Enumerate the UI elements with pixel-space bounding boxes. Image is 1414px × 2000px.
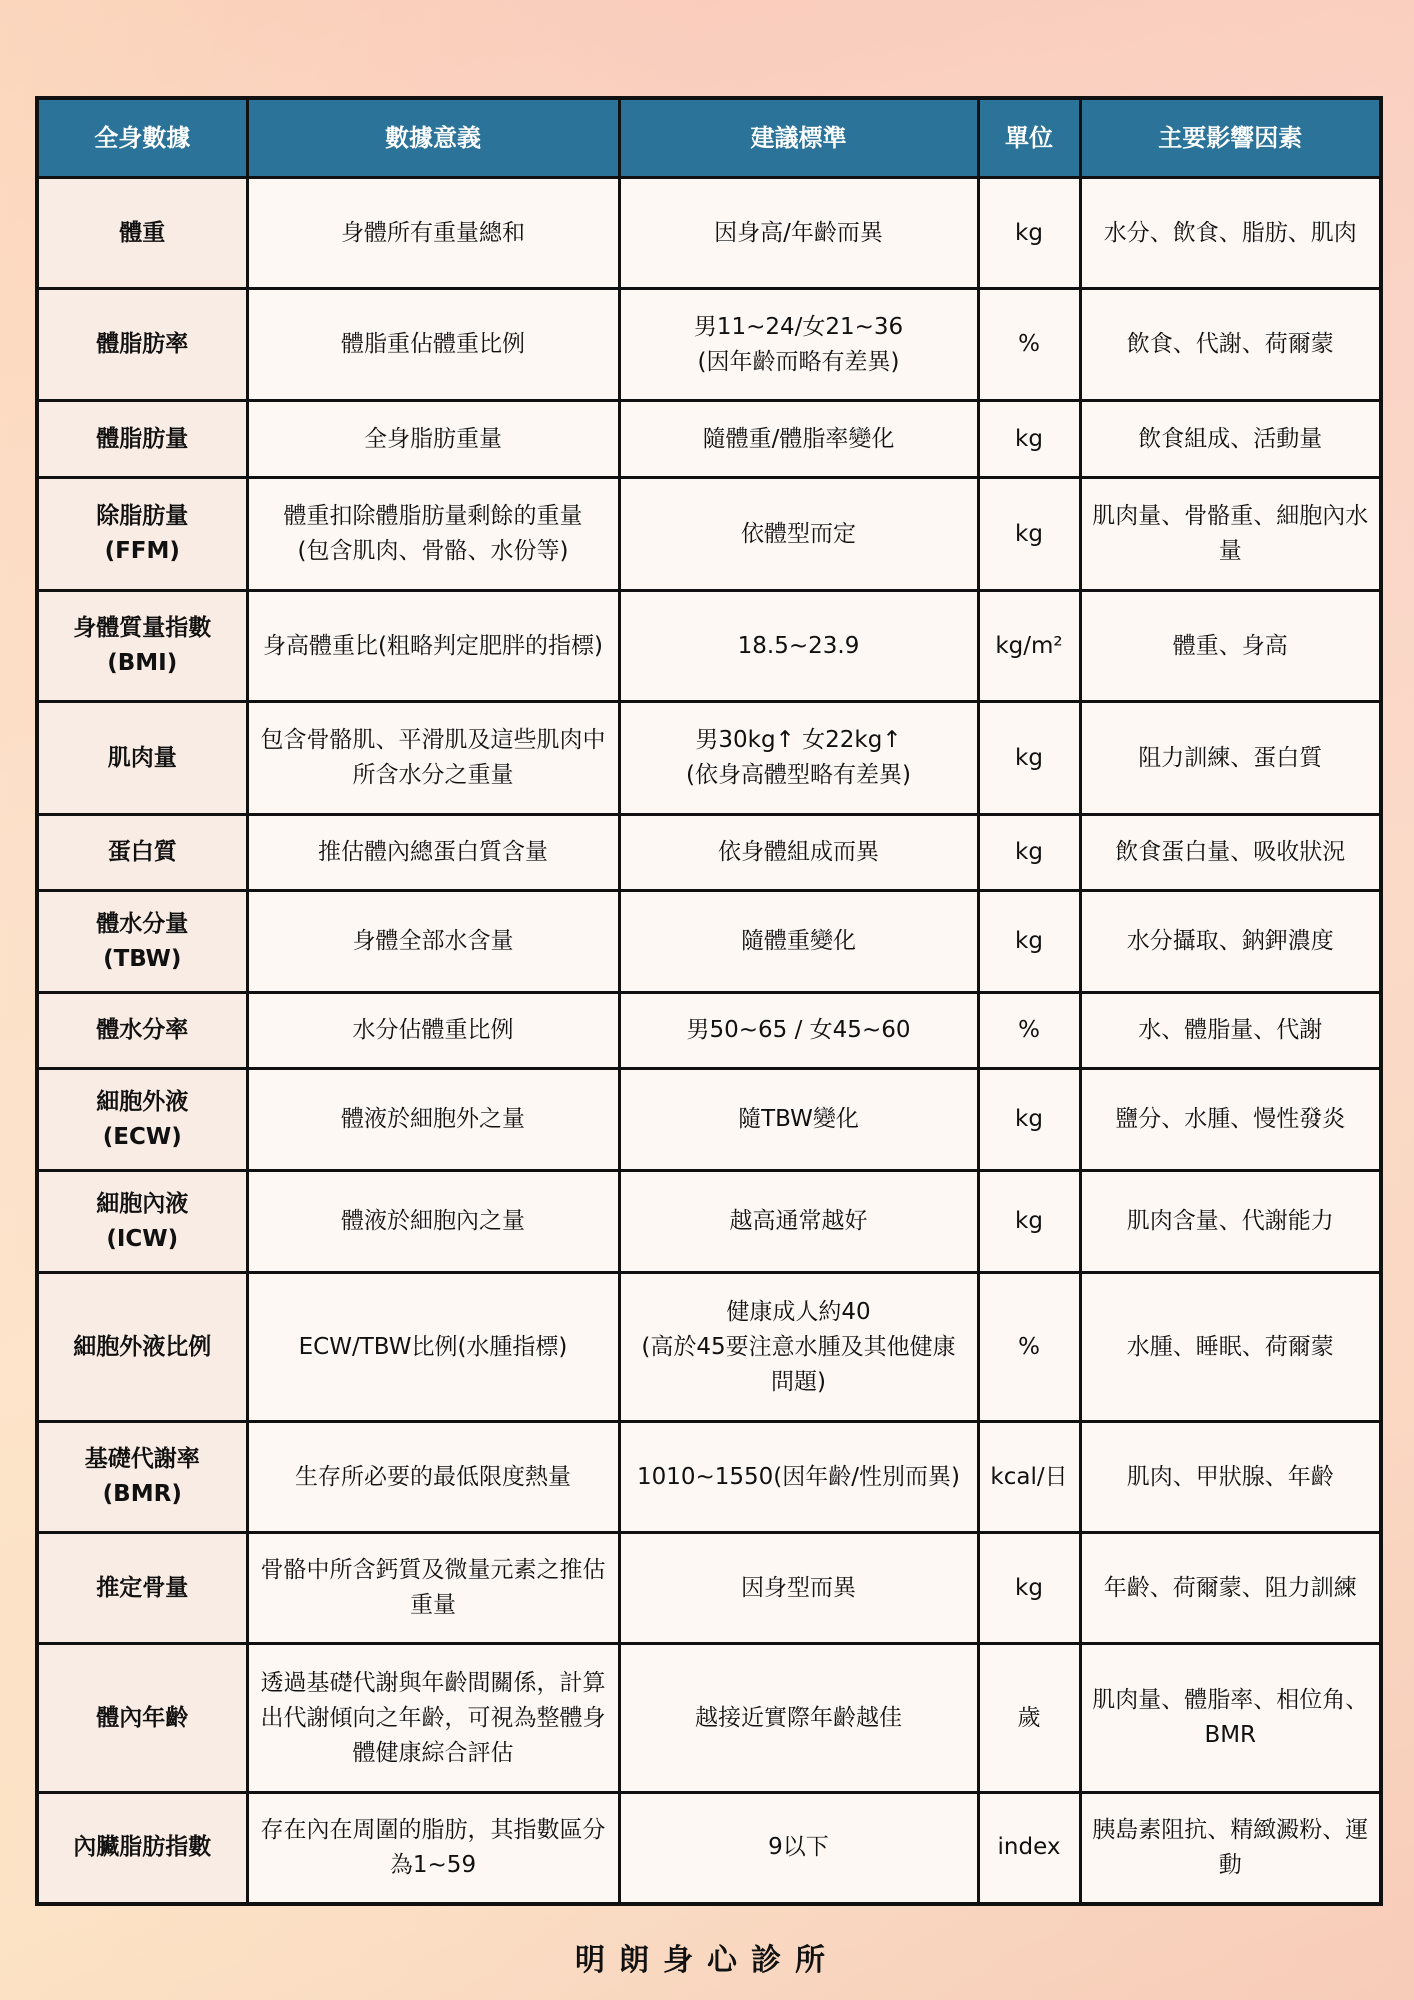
row-standard: 隨體重變化 xyxy=(619,891,978,993)
row-unit: 歲 xyxy=(978,1644,1080,1793)
row-factors: 體重、身高 xyxy=(1080,591,1381,702)
body-composition-table-container: 全身數據 數據意義 建議標準 單位 主要影響因素 體重身體所有重量總和因身高/年… xyxy=(35,96,1379,1906)
row-metric-name: 細胞外液(ECW) xyxy=(37,1069,247,1171)
table-row: 推定骨量骨骼中所含鈣質及微量元素之推估重量因身型而異kg年齡、荷爾蒙、阻力訓練 xyxy=(37,1533,1381,1644)
row-standard: 越高通常越好 xyxy=(619,1171,978,1273)
row-factors: 阻力訓練、蛋白質 xyxy=(1080,702,1381,815)
row-factors: 鹽分、水腫、慢性發炎 xyxy=(1080,1069,1381,1171)
table-row: 細胞外液比例ECW/TBW比例(水腫指標)健康成人約40(高於45要注意水腫及其… xyxy=(37,1273,1381,1422)
row-meaning: 體液於細胞內之量 xyxy=(247,1171,619,1273)
row-unit: % xyxy=(978,993,1080,1069)
row-factors: 飲食蛋白量、吸收狀況 xyxy=(1080,815,1381,891)
row-factors: 肌肉量、體脂率、相位角、BMR xyxy=(1080,1644,1381,1793)
row-metric-name: 體內年齡 xyxy=(37,1644,247,1793)
table-row: 體脂肪率體脂重佔體重比例男11~24/女21~36(因年齡而略有差異)%飲食、代… xyxy=(37,289,1381,401)
row-metric-name: 體脂肪量 xyxy=(37,401,247,478)
row-meaning: 體液於細胞外之量 xyxy=(247,1069,619,1171)
row-meaning: 體重扣除體脂肪量剩餘的重量(包含肌肉、骨骼、水份等) xyxy=(247,478,619,591)
row-standard: 依身體組成而異 xyxy=(619,815,978,891)
row-unit: kg xyxy=(978,891,1080,993)
row-unit: kg xyxy=(978,478,1080,591)
table-row: 除脂肪量(FFM)體重扣除體脂肪量剩餘的重量(包含肌肉、骨骼、水份等)依體型而定… xyxy=(37,478,1381,591)
row-meaning: 身高體重比(粗略判定肥胖的指標) xyxy=(247,591,619,702)
row-meaning: 水分佔體重比例 xyxy=(247,993,619,1069)
table-header-row: 全身數據 數據意義 建議標準 單位 主要影響因素 xyxy=(37,98,1381,178)
row-factors: 水分、飲食、脂肪、肌肉 xyxy=(1080,178,1381,289)
row-unit: % xyxy=(978,289,1080,401)
row-meaning: 身體所有重量總和 xyxy=(247,178,619,289)
table-row: 體內年齡透過基礎代謝與年齡間關係，計算出代謝傾向之年齡，可視為整體身體健康綜合評… xyxy=(37,1644,1381,1793)
row-unit: % xyxy=(978,1273,1080,1422)
row-factors: 肌肉含量、代謝能力 xyxy=(1080,1171,1381,1273)
row-metric-name: 內臟脂肪指數 xyxy=(37,1793,247,1904)
table-row: 體脂肪量全身脂肪重量隨體重/體脂率變化kg飲食組成、活動量 xyxy=(37,401,1381,478)
row-standard: 9以下 xyxy=(619,1793,978,1904)
row-standard: 健康成人約40(高於45要注意水腫及其他健康問題) xyxy=(619,1273,978,1422)
row-metric-name: 體脂肪率 xyxy=(37,289,247,401)
row-unit: kg xyxy=(978,401,1080,478)
row-unit: kg xyxy=(978,1069,1080,1171)
row-metric-name: 細胞外液比例 xyxy=(37,1273,247,1422)
row-metric-name: 肌肉量 xyxy=(37,702,247,815)
table-row: 體重身體所有重量總和因身高/年齡而異kg水分、飲食、脂肪、肌肉 xyxy=(37,178,1381,289)
row-metric-name: 蛋白質 xyxy=(37,815,247,891)
row-unit: kg xyxy=(978,1533,1080,1644)
table-row: 細胞內液(ICW)體液於細胞內之量越高通常越好kg肌肉含量、代謝能力 xyxy=(37,1171,1381,1273)
row-factors: 飲食、代謝、荷爾蒙 xyxy=(1080,289,1381,401)
row-factors: 肌肉、甲狀腺、年齡 xyxy=(1080,1422,1381,1533)
header-meaning: 數據意義 xyxy=(247,98,619,178)
row-metric-name: 身體質量指數(BMI) xyxy=(37,591,247,702)
header-unit: 單位 xyxy=(978,98,1080,178)
row-meaning: 包含骨骼肌、平滑肌及這些肌肉中所含水分之重量 xyxy=(247,702,619,815)
row-standard: 依體型而定 xyxy=(619,478,978,591)
row-standard: 隨TBW變化 xyxy=(619,1069,978,1171)
body-composition-table: 全身數據 數據意義 建議標準 單位 主要影響因素 體重身體所有重量總和因身高/年… xyxy=(35,96,1383,1906)
row-metric-name: 體水分量(TBW) xyxy=(37,891,247,993)
row-standard: 越接近實際年齡越佳 xyxy=(619,1644,978,1793)
row-standard: 隨體重/體脂率變化 xyxy=(619,401,978,478)
table-row: 內臟脂肪指數存在內在周圍的脂肪，其指數區分為1~599以下index胰島素阻抗、… xyxy=(37,1793,1381,1904)
row-meaning: 推估體內總蛋白質含量 xyxy=(247,815,619,891)
row-metric-name: 細胞內液(ICW) xyxy=(37,1171,247,1273)
row-meaning: 體脂重佔體重比例 xyxy=(247,289,619,401)
row-factors: 肌肉量、骨骼重、細胞內水量 xyxy=(1080,478,1381,591)
row-unit: kg xyxy=(978,702,1080,815)
row-meaning: 生存所必要的最低限度熱量 xyxy=(247,1422,619,1533)
row-meaning: 透過基礎代謝與年齡間關係，計算出代謝傾向之年齡，可視為整體身體健康綜合評估 xyxy=(247,1644,619,1793)
row-unit: kg xyxy=(978,1171,1080,1273)
header-standard: 建議標準 xyxy=(619,98,978,178)
row-meaning: ECW/TBW比例(水腫指標) xyxy=(247,1273,619,1422)
row-metric-name: 除脂肪量(FFM) xyxy=(37,478,247,591)
row-standard: 1010~1550(因年齡/性別而異) xyxy=(619,1422,978,1533)
row-unit: kg/m² xyxy=(978,591,1080,702)
row-meaning: 身體全部水含量 xyxy=(247,891,619,993)
row-unit: kg xyxy=(978,178,1080,289)
row-metric-name: 基礎代謝率(BMR) xyxy=(37,1422,247,1533)
header-metric: 全身數據 xyxy=(37,98,247,178)
table-row: 肌肉量包含骨骼肌、平滑肌及這些肌肉中所含水分之重量男30kg↑ 女22kg↑(依… xyxy=(37,702,1381,815)
row-metric-name: 推定骨量 xyxy=(37,1533,247,1644)
row-meaning: 存在內在周圍的脂肪，其指數區分為1~59 xyxy=(247,1793,619,1904)
row-factors: 水分攝取、鈉鉀濃度 xyxy=(1080,891,1381,993)
row-unit: index xyxy=(978,1793,1080,1904)
table-row: 蛋白質推估體內總蛋白質含量依身體組成而異kg飲食蛋白量、吸收狀況 xyxy=(37,815,1381,891)
row-factors: 水腫、睡眠、荷爾蒙 xyxy=(1080,1273,1381,1422)
row-metric-name: 體水分率 xyxy=(37,993,247,1069)
row-metric-name: 體重 xyxy=(37,178,247,289)
table-row: 身體質量指數(BMI)身高體重比(粗略判定肥胖的指標)18.5~23.9kg/m… xyxy=(37,591,1381,702)
clinic-name-footer: 明朗身心診所 xyxy=(0,1935,1414,1979)
table-row: 體水分率水分佔體重比例男50~65 / 女45~60%水、體脂量、代謝 xyxy=(37,993,1381,1069)
row-unit: kcal/日 xyxy=(978,1422,1080,1533)
row-standard: 男11~24/女21~36(因年齡而略有差異) xyxy=(619,289,978,401)
row-factors: 胰島素阻抗、精緻澱粉、運動 xyxy=(1080,1793,1381,1904)
row-factors: 飲食組成、活動量 xyxy=(1080,401,1381,478)
header-factors: 主要影響因素 xyxy=(1080,98,1381,178)
row-factors: 年齡、荷爾蒙、阻力訓練 xyxy=(1080,1533,1381,1644)
row-unit: kg xyxy=(978,815,1080,891)
table-row: 細胞外液(ECW)體液於細胞外之量隨TBW變化kg鹽分、水腫、慢性發炎 xyxy=(37,1069,1381,1171)
row-standard: 因身高/年齡而異 xyxy=(619,178,978,289)
row-standard: 因身型而異 xyxy=(619,1533,978,1644)
row-standard: 男50~65 / 女45~60 xyxy=(619,993,978,1069)
row-standard: 男30kg↑ 女22kg↑(依身高體型略有差異) xyxy=(619,702,978,815)
row-factors: 水、體脂量、代謝 xyxy=(1080,993,1381,1069)
table-row: 體水分量(TBW)身體全部水含量隨體重變化kg水分攝取、鈉鉀濃度 xyxy=(37,891,1381,993)
row-meaning: 全身脂肪重量 xyxy=(247,401,619,478)
table-row: 基礎代謝率(BMR)生存所必要的最低限度熱量1010~1550(因年齡/性別而異… xyxy=(37,1422,1381,1533)
row-meaning: 骨骼中所含鈣質及微量元素之推估重量 xyxy=(247,1533,619,1644)
row-standard: 18.5~23.9 xyxy=(619,591,978,702)
